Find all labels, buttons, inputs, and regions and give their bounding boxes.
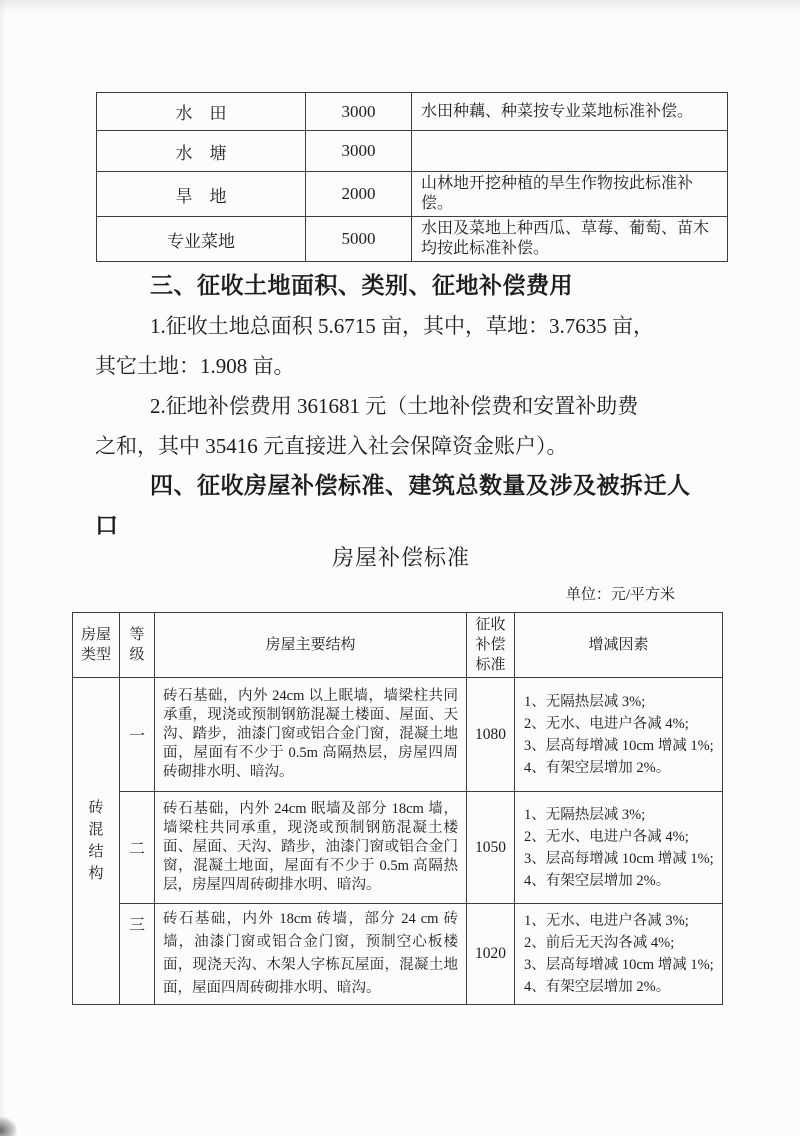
standard-cell: 1020 <box>467 904 515 1005</box>
land-compensation-table: 水 田 3000 水田种藕、种菜按专业菜地标准补偿。 水 塘 3000 旱 地 … <box>96 92 728 262</box>
factor-item: 4、有架空层增加 2%。 <box>524 870 720 892</box>
land-category-cell: 专业菜地 <box>97 217 306 262</box>
land-note-cell: 水田种藕、种菜按专业菜地标准补偿。 <box>412 93 728 131</box>
house-compensation-table: 房屋类型 等级 房屋主要结构 征收补偿标准 增减因素 砖混结构 一 砖石基础，内… <box>72 612 723 1005</box>
land-table-row: 旱 地 2000 山林地开挖种植的旱生作物按此标准补偿。 <box>97 172 728 217</box>
factor-item: 1、无隔热层减 3%; <box>524 804 720 826</box>
section-four-heading-line2: 口 <box>95 506 713 546</box>
land-price-cell: 3000 <box>306 131 412 172</box>
factor-item: 3、层高每增减 10cm 增减 1%; <box>524 735 720 757</box>
section-four-heading-line1: 四、征收房屋补偿标准、建筑总数量及涉及被拆迁人 <box>95 466 713 506</box>
house-table-row: 砖混结构 一 砖石基础，内外 24cm 以上眠墙，墙梁柱共同承重，现浇或预制钢筋… <box>73 678 723 792</box>
header-structure: 房屋主要结构 <box>155 613 467 678</box>
para1-line1: 1.征收土地总面积 5.6715 亩，其中，草地：3.7635 亩， <box>95 306 713 346</box>
land-table-row: 专业菜地 5000 水田及菜地上种西瓜、草莓、葡萄、苗木均按此标准补偿。 <box>97 217 728 262</box>
land-note-cell: 山林地开挖种植的旱生作物按此标准补偿。 <box>412 172 728 217</box>
header-standard-label: 征收补偿标准 <box>475 615 507 675</box>
unit-label: 单位：元/平方米 <box>95 585 675 605</box>
para2-line1: 2.征地补偿费用 361681 元（土地补偿费和安置补助费 <box>95 386 713 426</box>
factor-item: 4、有架空层增加 2%。 <box>524 976 720 998</box>
house-table-row: 三 砖石基础，内外 18cm 砖墙，部分 24 cm 砖墙，油漆门窗或铝合金门窗… <box>73 904 723 1005</box>
land-table-row: 水 田 3000 水田种藕、种菜按专业菜地标准补偿。 <box>97 93 728 131</box>
structure-cell: 砖石基础，内外 18cm 砖墙，部分 24 cm 砖墙，油漆门窗或铝合金门窗，预… <box>155 904 467 1005</box>
para1-line2: 其它土地：1.908 亩。 <box>95 346 713 386</box>
house-type-label: 砖混结构 <box>88 797 104 885</box>
standard-cell: 1050 <box>467 792 515 904</box>
header-standard: 征收补偿标准 <box>467 613 515 678</box>
house-type-cell: 砖混结构 <box>73 678 120 1005</box>
factors-cell: 1、无隔热层减 3%; 2、无水、电进户各减 4%; 3、层高每增减 10cm … <box>515 792 723 904</box>
factor-item: 4、有架空层增加 2%。 <box>524 757 720 779</box>
body-text-block: 三、征收土地面积、类别、征地补偿费用 1.征收土地总面积 5.6715 亩，其中… <box>95 266 713 546</box>
factor-item: 1、无隔热层减 3%; <box>524 691 720 713</box>
house-table-row: 二 砖石基础，内外 24cm 眠墙及部分 18cm 墙，墙梁柱共同承重，现浇或预… <box>73 792 723 904</box>
header-house-type-label: 房屋类型 <box>80 625 112 665</box>
grade-cell: 三 <box>120 904 155 1005</box>
header-factors: 增减因素 <box>515 613 723 678</box>
house-table-header-row: 房屋类型 等级 房屋主要结构 征收补偿标准 增减因素 <box>73 613 723 678</box>
factor-item: 2、无水、电进户各减 4%; <box>524 713 720 735</box>
para2-line2: 之和，其中 35416 元直接进入社会保障资金账户）。 <box>95 426 713 466</box>
land-category-cell: 水 塘 <box>97 131 306 172</box>
land-note-cell <box>412 131 728 172</box>
scan-edge-shade-top <box>0 0 800 12</box>
structure-cell: 砖石基础，内外 24cm 眠墙及部分 18cm 墙，墙梁柱共同承重，现浇或预制钢… <box>155 792 467 904</box>
header-grade-label: 等级 <box>129 625 145 665</box>
factor-item: 2、无水、电进户各减 4%; <box>524 826 720 848</box>
land-price-cell: 2000 <box>306 172 412 217</box>
land-category-cell: 水 田 <box>97 93 306 131</box>
factors-cell: 1、无水、电进户各减 3%; 2、前后无天沟各减 4%; 3、层高每增减 10c… <box>515 904 723 1005</box>
structure-cell: 砖石基础，内外 24cm 以上眠墙，墙梁柱共同承重，现浇或预制钢筋混凝土楼面、屋… <box>155 678 467 792</box>
grade-cell: 二 <box>120 792 155 904</box>
standard-cell: 1080 <box>467 678 515 792</box>
factor-item: 3、层高每增减 10cm 增减 1%; <box>524 954 720 976</box>
grade-cell: 一 <box>120 678 155 792</box>
scan-corner-smudge <box>0 1117 17 1136</box>
land-price-cell: 3000 <box>306 93 412 131</box>
land-table-row: 水 塘 3000 <box>97 131 728 172</box>
document-page: 水 田 3000 水田种藕、种菜按专业菜地标准补偿。 水 塘 3000 旱 地 … <box>0 0 800 1136</box>
factor-item: 1、无水、电进户各减 3%; <box>524 910 720 932</box>
house-table-title: 房屋补偿标准 <box>95 543 707 573</box>
factor-item: 2、前后无天沟各减 4%; <box>524 932 720 954</box>
section-three-heading: 三、征收土地面积、类别、征地补偿费用 <box>95 266 713 306</box>
land-price-cell: 5000 <box>306 217 412 262</box>
header-grade: 等级 <box>120 613 155 678</box>
scan-edge-shade-left <box>0 0 6 1136</box>
factors-cell: 1、无隔热层减 3%; 2、无水、电进户各减 4%; 3、层高每增减 10cm … <box>515 678 723 792</box>
land-category-cell: 旱 地 <box>97 172 306 217</box>
factor-item: 3、层高每增减 10cm 增减 1%; <box>524 848 720 870</box>
land-note-cell: 水田及菜地上种西瓜、草莓、葡萄、苗木均按此标准补偿。 <box>412 217 728 262</box>
header-house-type: 房屋类型 <box>73 613 120 678</box>
